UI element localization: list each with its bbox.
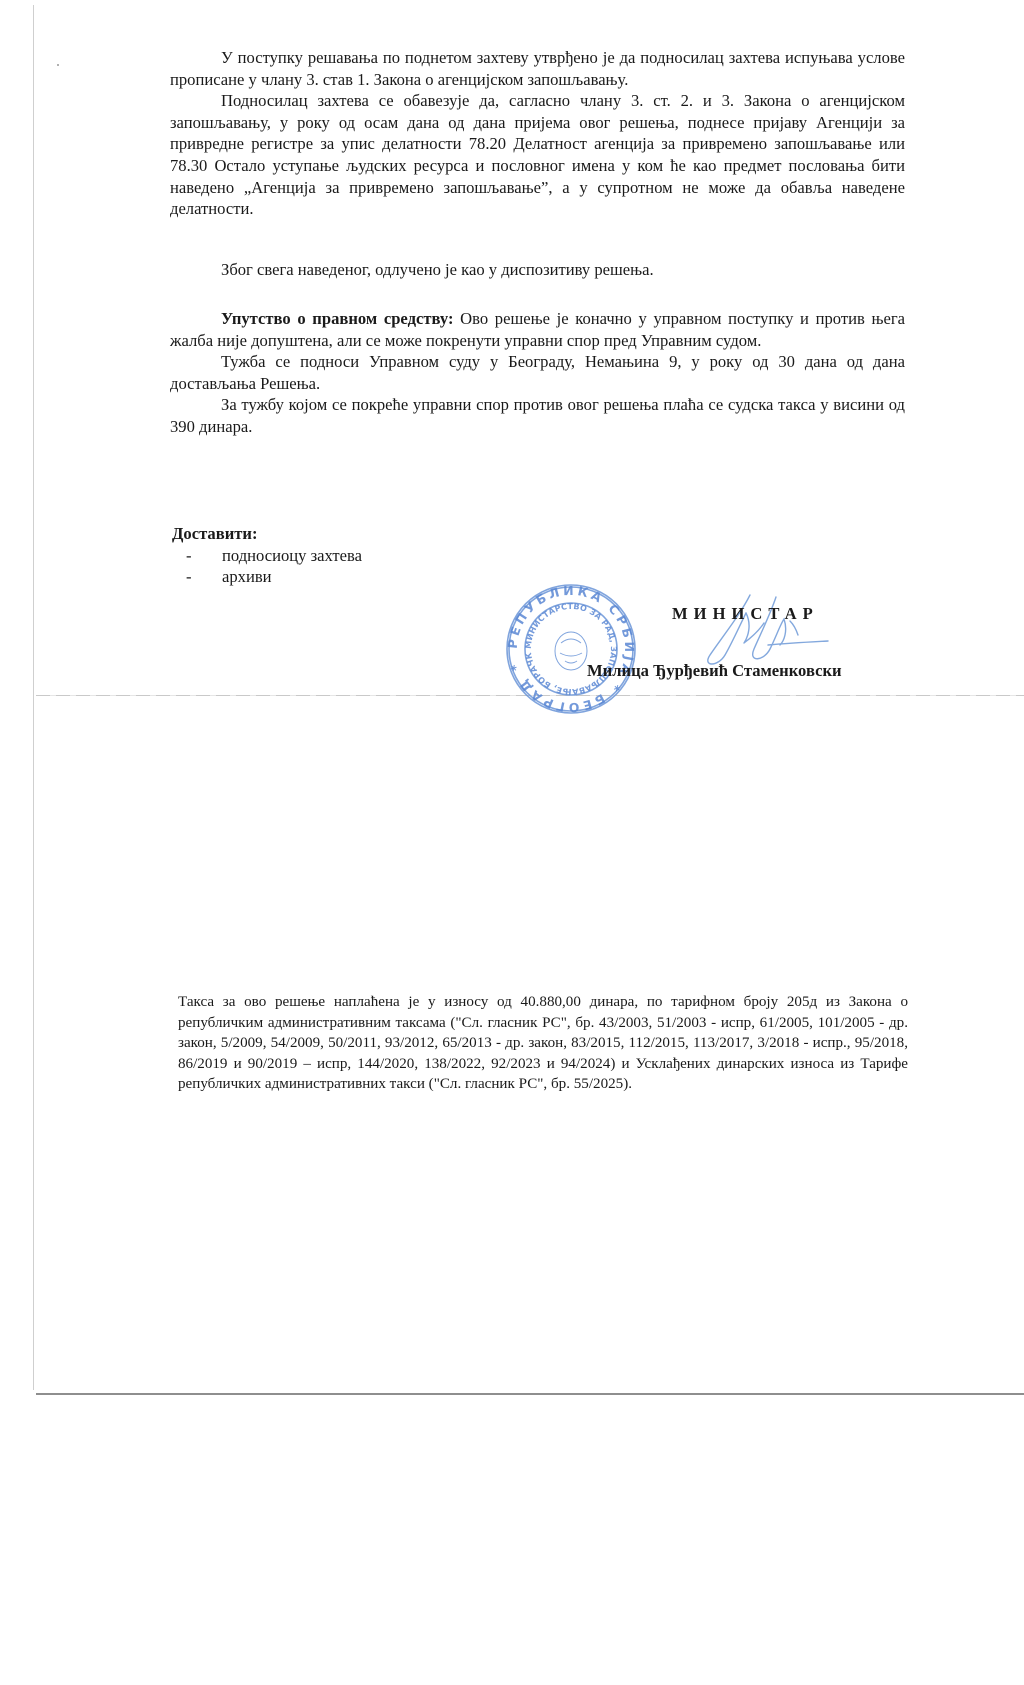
conclusion-section: Због свега наведеног, одлучено је као у … <box>170 259 905 281</box>
legal-remedy-label: Упутство о правном средству: <box>221 309 453 328</box>
delivery-list: Доставити: подносиоцу захтева архиви <box>172 523 362 588</box>
paragraph-conditions-met: У поступку решавања по поднетом захтеву … <box>170 47 905 90</box>
paragraph-registration-obligation: Подносилац захтева се обавезује да, сагл… <box>170 90 905 220</box>
delivery-item: подносиоцу захтева <box>186 545 362 567</box>
fee-note: Такса за ово решење наплаћена је у износ… <box>178 992 908 1095</box>
legal-remedy-paragraph: Упутство о правном средству: Ово решење … <box>170 308 905 351</box>
reasoning-section: У поступку решавања по поднетом захтеву … <box>170 47 905 220</box>
delivery-title: Доставити: <box>172 523 362 545</box>
fee-note-text: Такса за ово решење наплаћена је у износ… <box>178 992 908 1095</box>
minister-title: МИНИСТАР <box>672 604 819 624</box>
minister-name: Милица Ђурђевић Стаменковски <box>587 661 842 681</box>
lawsuit-paragraph: Тужба се подноси Управном суду у Београд… <box>170 351 905 394</box>
scan-page-edge-bottom <box>36 1393 1024 1395</box>
delivery-item: архиви <box>186 566 362 588</box>
scan-page-edge-left <box>33 5 34 1390</box>
scan-speck <box>57 64 59 66</box>
court-fee-paragraph: За тужбу којом се покреће управни спор п… <box>170 394 905 437</box>
official-stamp-icon: РЕПУБЛИКА СРБИЈА * БЕОГРАД * МИНИСТАРСТВ… <box>505 583 637 715</box>
legal-remedy-section: Упутство о правном средству: Ово решење … <box>170 308 905 438</box>
conclusion-text: Због свега наведеног, одлучено је као у … <box>170 259 905 281</box>
